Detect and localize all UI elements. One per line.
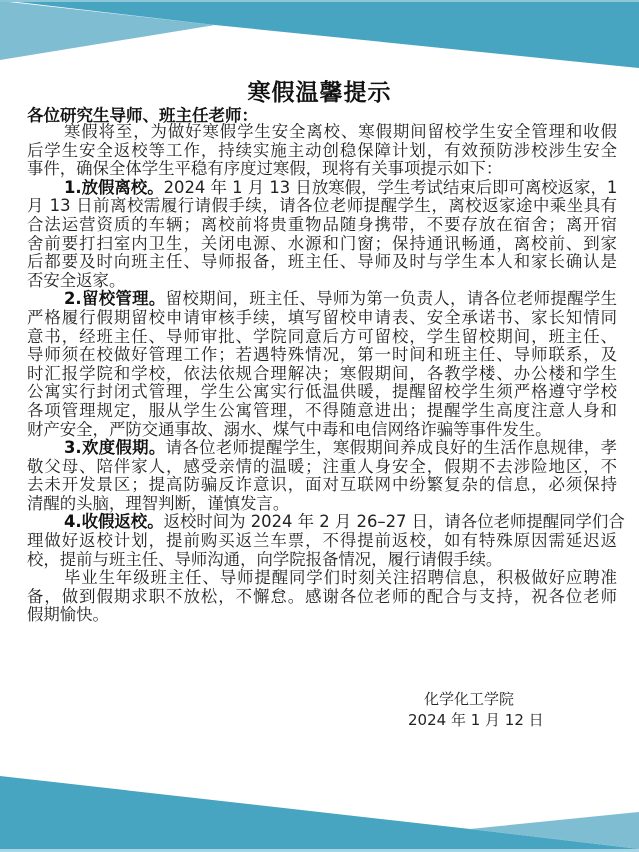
footer-decoration: [0, 760, 639, 852]
intro-line: 寒假将至，为做好寒假学生安全离校、寒假期间留校学生安全管理和收假: [27, 123, 617, 142]
item-2-heading: 2.留校管理。: [64, 289, 166, 308]
notice-body: 寒假将至，为做好寒假学生安全离校、寒假期间留校学生安全管理和收假 后学生安全返校…: [27, 123, 617, 625]
item-1-first-line: 1.放假离校。2024 年 1 月 13 日放寒假，学生考试结束后即可离校返家，…: [27, 179, 617, 198]
item-1-line: 后都要及时向班主任、导师报备，班主任、导师及时与学生本人和家长确认是: [27, 253, 617, 272]
item-2-line: 财产安全，严防交通事故、溺水、煤气中毒和电信网络诈骗等事件发生。: [27, 421, 617, 440]
item-4-line: 校，提前与班主任、导师沟通，向学院报备情况，履行请假手续。: [27, 551, 617, 570]
item-1-line: 否安全返家。: [27, 272, 617, 291]
item-3-line: 去未开发景区；提高防骗反诈意识，面对互联网中纷繁复杂的信息，必须保持: [27, 476, 617, 495]
item-3-line: 清醒的头脑，理智判断，谨慎发言。: [27, 495, 617, 514]
item-4-first-line: 4.收假返校。返校时间为 2024 年 2 月 26–27 日，请各位老师提醒同…: [27, 513, 617, 532]
intro-line: 事件，确保全体学生平稳有序度过寒假，现将有关事项提示如下：: [27, 160, 617, 179]
item-2-line: 意书，经班主任、导师审批、学院同意后方可留校，学生留校期间，班主任、: [27, 328, 617, 347]
item-1-heading: 1.放假离校。: [64, 178, 164, 197]
item-1-line: 舍前要打扫室内卫生，关闭电源、水源和门窗；保持通讯畅通，离校前、到家: [27, 235, 617, 254]
item-4-heading: 4.收假返校。: [64, 512, 164, 531]
closing-line: 毕业生年级班主任、导师提醒同学们时刻关注招聘信息，积极做好应聘准: [27, 569, 617, 588]
item-2-line: 严格履行假期留校申请审核手续，填写留校申请表、安全承诺书、家长知情同: [27, 309, 617, 328]
item-2-line: 公寓实行封闭式管理，学生公寓实行低温供暖，提醒留校学生须严格遵守学校: [27, 383, 617, 402]
item-3-line: 敬父母、陪伴家人，感受亲情的温暖；注重人身安全，假期不去涉险地区，不: [27, 458, 617, 477]
intro-line: 后学生安全返校等工作，持续实施主动创稳保障计划，有效预防涉校涉生安全: [27, 142, 617, 161]
signature-organization: 化学化工学院: [424, 688, 514, 709]
item-1-line: 月 13 日前离校需履行请假手续，请各位老师提醒学生，离校返家途中乘坐具有: [27, 197, 617, 216]
item-2-line: 时汇报学院和学校，依法依规合理解决；寒假期间，各教学楼、办公楼和学生: [27, 365, 617, 384]
closing-line: 假期愉快。: [27, 606, 617, 625]
item-2-line: 导师须在校做好管理工作；若遇特殊情况，第一时间和班主任、导师联系，及: [27, 346, 617, 365]
item-3-first-line: 3.欢度假期。请各位老师提醒学生，寒假期间养成良好的生活作息规律，孝: [27, 439, 617, 458]
item-3-heading: 3.欢度假期。: [64, 438, 166, 457]
closing-line: 备，做到假期求职不放松，不懈怠。感谢各位老师的配合与支持，祝各位老师: [27, 588, 617, 607]
item-4-line: 理做好返校计划，提前购买返兰车票，不得提前返校，如有特殊原因需延迟返: [27, 532, 617, 551]
item-2-line: 各项管理规定，服从学生公寓管理，不得随意进出；提醒学生高度注意人身和: [27, 402, 617, 421]
signature-date: 2024 年 1 月 12 日: [408, 709, 544, 730]
item-1-line: 合法运营资质的车辆；离校前将贵重物品随身携带，不要存放在宿舍；离开宿: [27, 216, 617, 235]
item-2-first-line: 2.留校管理。留校期间，班主任、导师为第一负责人，请各位老师提醒学生: [27, 290, 617, 309]
